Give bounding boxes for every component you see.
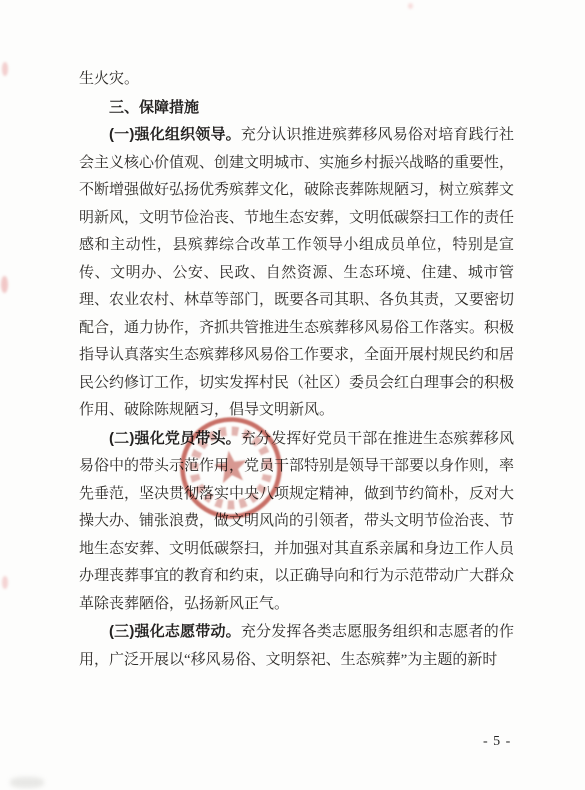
document-body: 生火灾。 三、保障措施 (一)强化组织领导。充分认识推进殡葬移风易俗对培育践行社… xyxy=(79,66,514,674)
scan-artifact xyxy=(2,576,8,589)
paragraph: (一)强化组织领导。充分认识推进殡葬移风易俗对培育践行社会主义核心价值观、创建文… xyxy=(79,121,514,425)
paragraph-lead: (三)强化志愿带动。 xyxy=(109,623,241,640)
paragraph-lead: (一)强化组织领导。 xyxy=(109,126,241,143)
paragraph-list: (一)强化组织领导。充分认识推进殡葬移风易俗对培育践行社会主义核心价值观、创建文… xyxy=(79,121,514,674)
paragraph-continuation: 生火灾。 xyxy=(79,66,514,94)
scanned-document-page: 生火灾。 三、保障措施 (一)强化组织领导。充分认识推进殡葬移风易俗对培育践行社… xyxy=(0,0,585,790)
paragraph-text: 充分发挥好党员干部在推进生态殡葬移风易俗中的带头示范作用，党员干部特别是领导干部… xyxy=(79,431,514,612)
paragraph: (二)强化党员带头。充分发挥好党员干部在推进生态殡葬移风易俗中的带头示范作用，党… xyxy=(79,425,514,619)
paragraph-text: 充分认识推进殡葬移风易俗对培育践行社会主义核心价值观、创建文明城市、实施乡村振兴… xyxy=(79,127,514,418)
paragraph-lead: (二)强化党员带头。 xyxy=(109,430,241,447)
section-heading: 三、保障措施 xyxy=(79,94,514,122)
scan-artifact xyxy=(10,777,44,788)
scan-artifact xyxy=(408,3,413,9)
scan-artifact xyxy=(2,62,8,76)
paragraph: (三)强化志愿带动。充分发挥各类志愿服务组织和志愿者的作用，广泛开展以“移风易俗… xyxy=(79,618,514,674)
page-number: - 5 - xyxy=(483,734,511,750)
scan-artifact xyxy=(1,276,8,293)
